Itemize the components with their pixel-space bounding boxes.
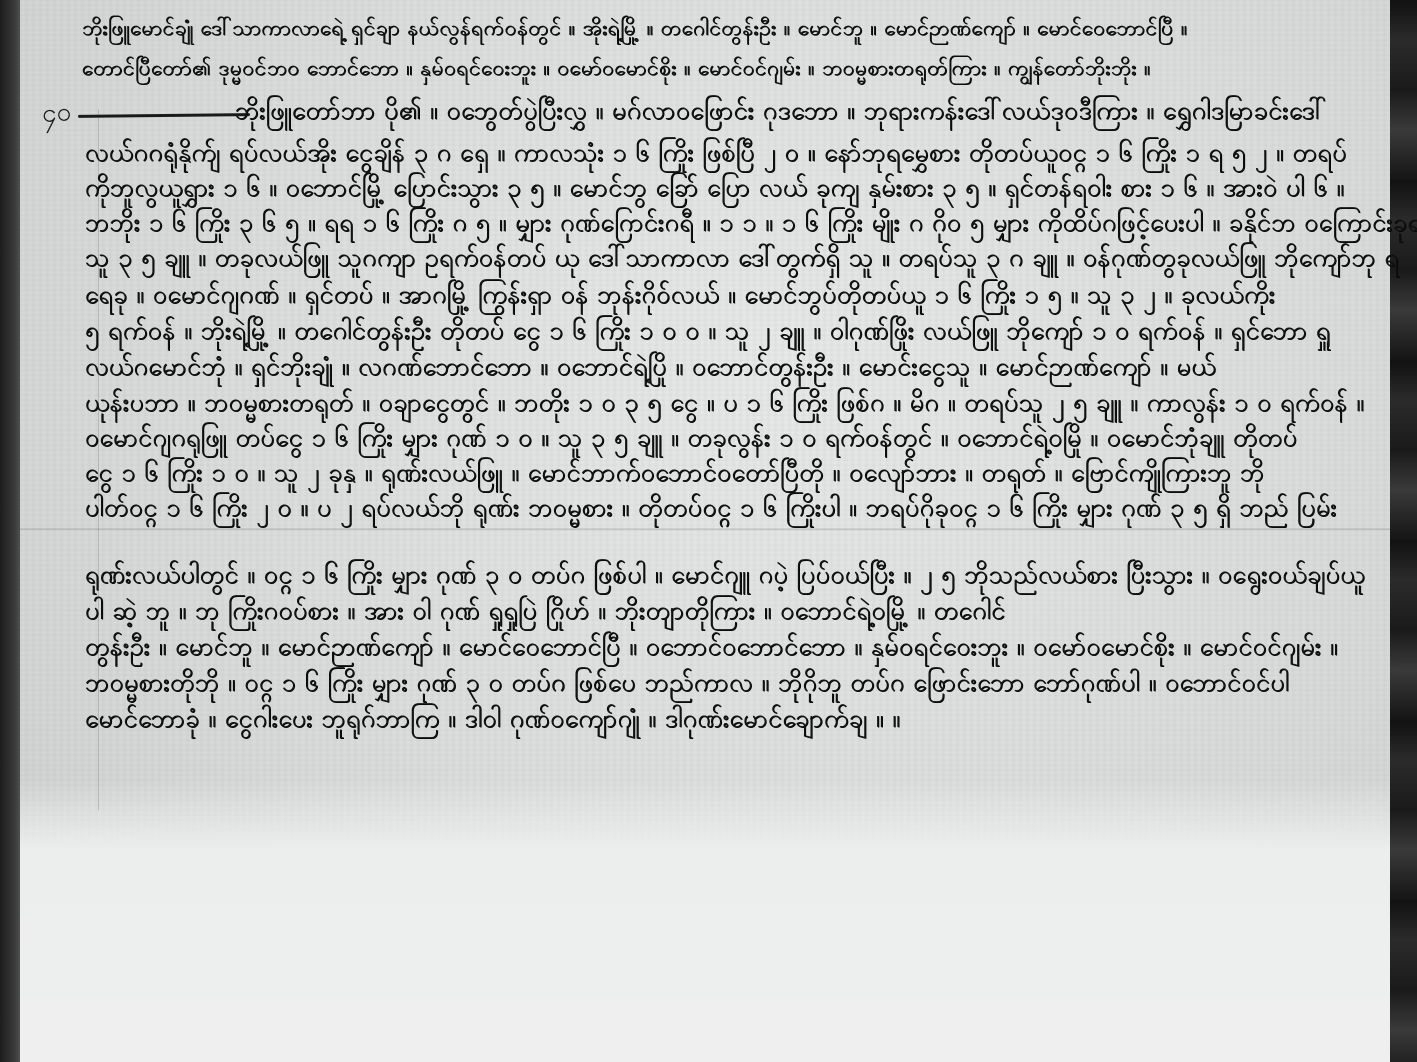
- header-line: တောင်ပြီတော်၏ ဒုမ္မဝင်ဘဝ ဘောင်ဘော ။ နှမ်…: [82, 58, 1151, 79]
- body-line: လယ်ဂမောင်ဘုံ ။ ရှင်ဘိုးချုံ ။ လဂဏ်ဘောင်ဘ…: [85, 354, 1216, 379]
- body-line: ဝမောင်ဂျဂရုဖြူ တပ်ငွေ ၁ ၆ ကြိုး မျှား ဂု…: [85, 425, 1298, 450]
- body-line: ဘဝမ္မစားတိုဘို ။ ဝင္ဂ ၁ ၆ ကြိုး မျှား ဂု…: [85, 670, 1289, 695]
- body-line: ယုန်းပဘာ ။ ဘဝမ္မစားတရုတ် ။ ဝချာငွေတွင် ။…: [85, 390, 1365, 415]
- body-line: ပါ ဆဲ့ ဘူ ။ ဘု ကြိုးဂဝပ်စား ။ အား ဝါ ဂုဏ…: [85, 598, 1006, 623]
- body-line: ငွေ ၁ ၆ ကြိုး ၁ ၀ ။ သူ ၂ ခုနှ ။ ရုဏ်းလယ်…: [85, 460, 1265, 485]
- body-line: လယ်ဂဂရုံနိုက်ျ ရပ်လယ်အိုး ငွေချိန် ၃ ဂ ရ…: [85, 140, 1347, 165]
- header-line: ဘိုးဖြူမောင်ချုံ ဒေါ်သာကာလာရေဲ့ ရှင်ချာ …: [82, 18, 1188, 39]
- header-line: ဘိုးဖြူတော်ဘာ ပို၏ ။ ဝဘွေတ်ပွဲပြီးလွှ ။ …: [235, 98, 1326, 123]
- body-line: ကိုဘူလွယူရွှား ၁ ၆ ။ ဝဘောင်မြို့ ပြောင်း…: [85, 175, 1345, 200]
- manuscript-page: ၄၀ ဘိုးဖြူမောင်ချုံ ဒေါ်သာကာလာရေဲ့ ရှင်ခ…: [20, 0, 1390, 1062]
- header-underline: [78, 113, 250, 118]
- body-line: တွန်းဦး ။ မောင်ဘူ ။ မောင်ဉာဏ်ကျော် ။ မော…: [85, 634, 1338, 659]
- body-line: မောင်ဘောခုံ ။ ငွေဂါးပေး ဘူရုဂ်ဘာကြ ။ ဒါဝ…: [85, 706, 901, 731]
- body-line: သူ ၃ ၅ ချူ ။ တခုလယ်ဖြူ သူဂကျာ ဥရက်ဝန်တပ်…: [85, 245, 1399, 270]
- body-line: ရုဏ်းလယ်ပါတွင် ။ ဝင္ဂ ၁ ၆ ကြိုး မျှား ဂု…: [85, 562, 1365, 587]
- body-line: ပါတ်ဝင္ဂ ၁ ၆ ကြိုး ၂ ၀ ။ ပ ၂ ရပ်လယ်ဘို ရ…: [85, 495, 1337, 520]
- body-line: ဘဘိုး ၁ ၆ ကြိုး ၃ ၆ ၅ ။ ရရ ၁ ၆ ကြိုး ဂ ၅…: [85, 210, 1417, 235]
- blank-lower-area: [20, 780, 1390, 1062]
- page-number: ၄၀: [41, 94, 73, 135]
- fold-line: [20, 528, 1390, 531]
- body-line: ၅ ရက်ဝန် ။ ဘိုးရဲ့မြို့ ။ တဂေါင်တွန်းဦး …: [85, 318, 1331, 343]
- body-line: ရေခု ။ ဝမောင်ဂျဂဏ် ။ ရှင်တပ် ။ အာဂမြို့ …: [85, 282, 1276, 307]
